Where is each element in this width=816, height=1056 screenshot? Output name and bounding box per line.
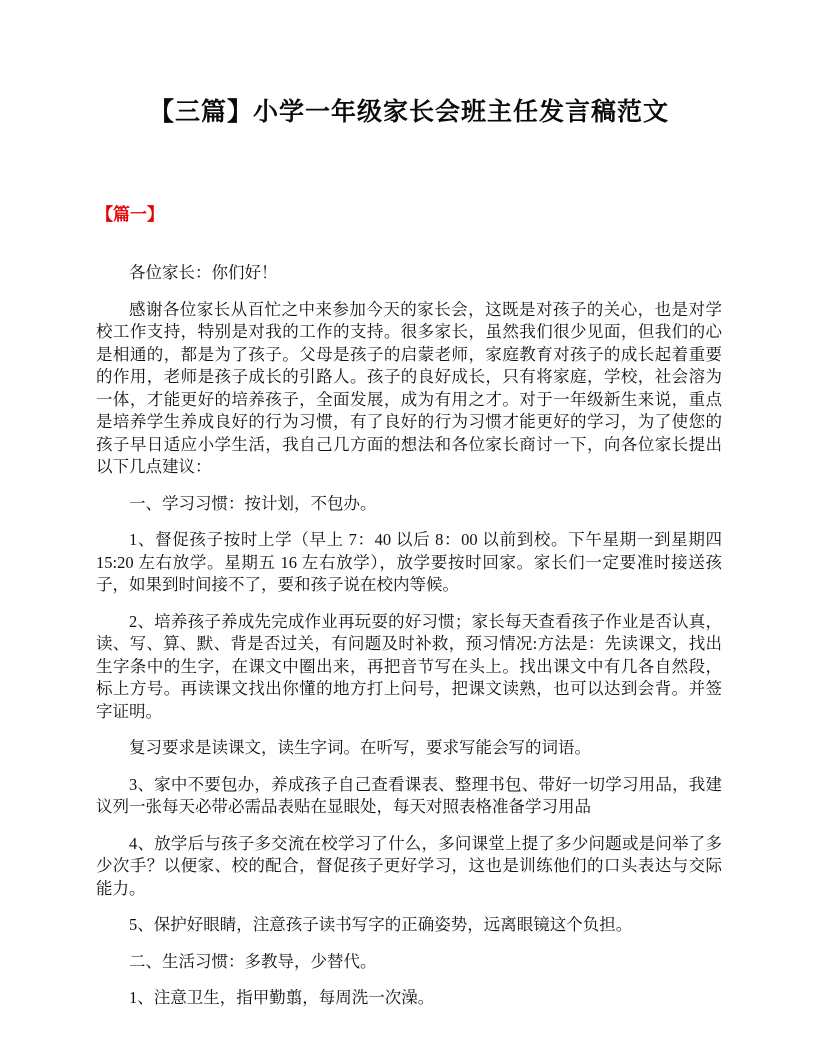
section-label-part-one: 【篇一】 [96,203,722,226]
paragraph-study-item-2: 2、培养孩子养成先完成作业再玩耍的好习惯；家长每天查看孩子作业是否认真，读、写、… [96,611,722,724]
paragraph-study-item-4: 4、放学后与孩子多交流在校学习了什么，多问课堂上提了多少问题或是问举了多少次手？… [96,833,722,901]
paragraph-study-item-5: 5、保护好眼睛，注意孩子读书写字的正确姿势，远离眼镜这个负担。 [96,914,722,937]
paragraph-study-item-3: 3、家中不要包办，养成孩子自己查看课表、整理书包、带好一切学习用品，我建议列一张… [96,774,722,819]
paragraph-review-requirement: 复习要求是读课文，读生字词。在听写，要求写能会写的词语。 [96,737,722,760]
paragraph-intro: 感谢各位家长从百忙之中来参加今天的家长会，这既是对孩子的关心，也是对学校工作支持… [96,299,722,479]
paragraph-greeting: 各位家长：你们好！ [96,262,722,285]
document-body: 各位家长：你们好！ 感谢各位家长从百忙之中来参加今天的家长会，这既是对孩子的关心… [96,262,722,1010]
paragraph-life-item-1: 1、注意卫生，指甲勤翦，每周洗一次澡。 [96,987,722,1010]
document-title: 【三篇】小学一年级家长会班主任发言稿范文 [96,96,722,129]
paragraph-study-item-1: 1、督促孩子按时上学（早上 7：40 以后 8：00 以前到校。下午星期一到星期… [96,529,722,597]
document-page: 【三篇】小学一年级家长会班主任发言稿范文 【篇一】 各位家长：你们好！ 感谢各位… [0,0,816,1056]
paragraph-heading-life-habits: 二、生活习惯：多教导，少替代。 [96,951,722,974]
paragraph-heading-study-habits: 一、学习习惯：按计划，不包办。 [96,493,722,516]
